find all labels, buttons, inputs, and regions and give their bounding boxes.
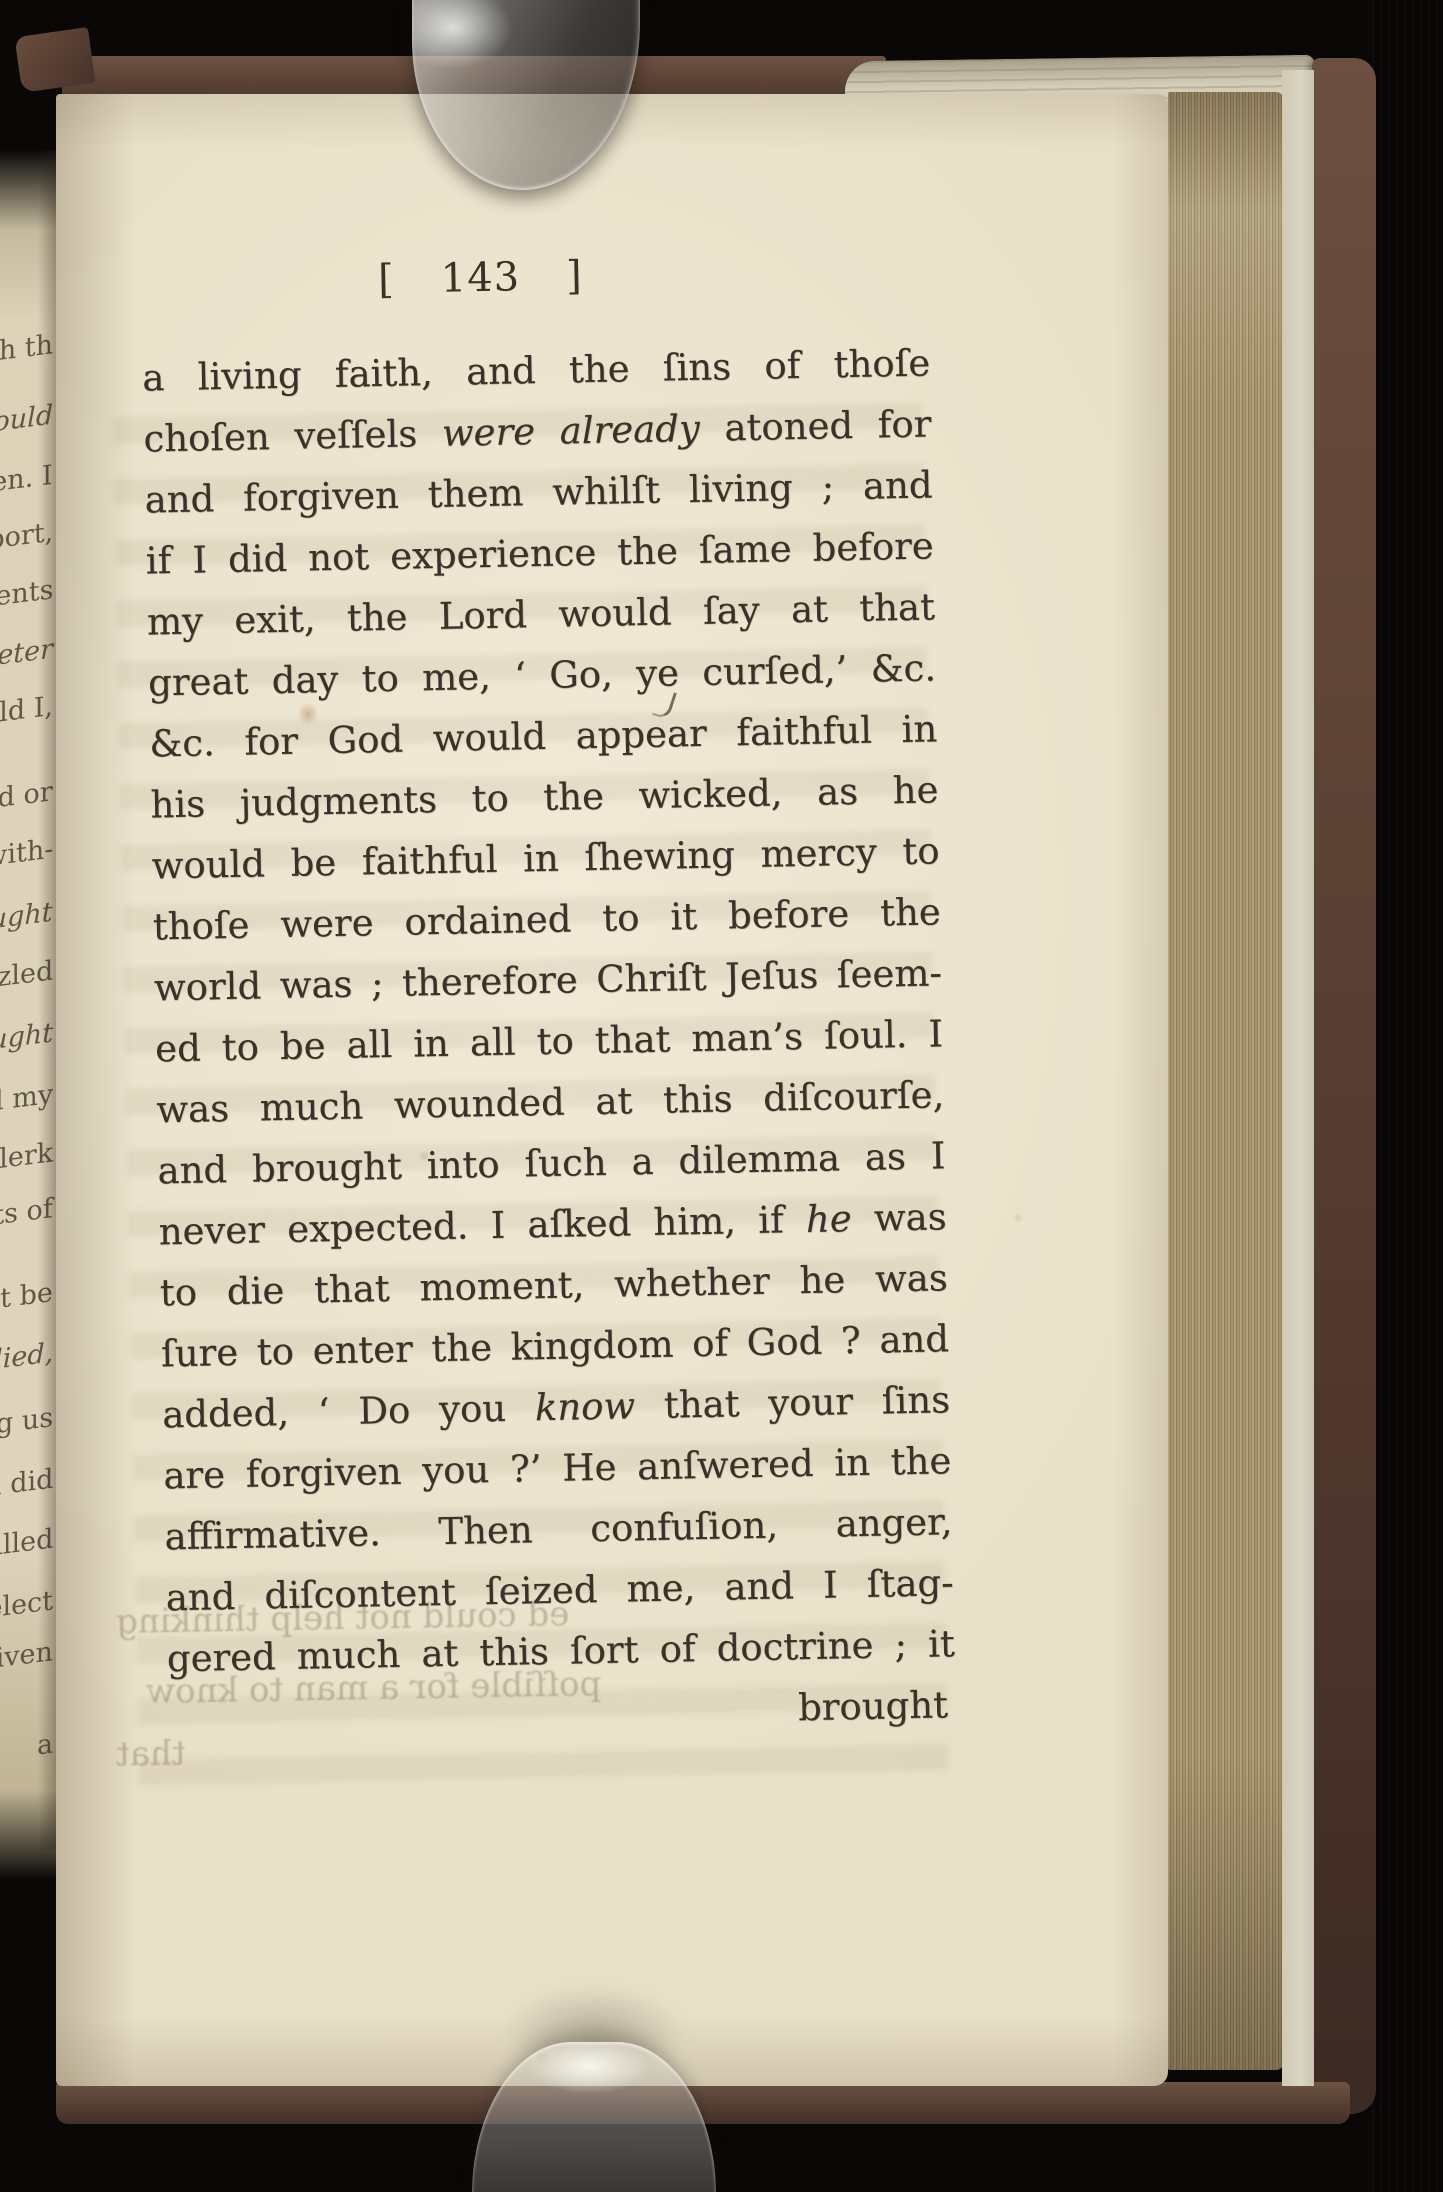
bracket-open: [ xyxy=(378,257,395,303)
catchword: brought xyxy=(798,1683,949,1729)
page-number-header: [143] xyxy=(86,247,875,308)
page-number: 143 xyxy=(440,254,520,302)
bracket-close: ] xyxy=(566,253,583,299)
endpaper-strip xyxy=(1282,70,1314,2086)
leather-cover-right-edge xyxy=(1312,58,1376,2114)
background-cloth xyxy=(1371,0,1443,2192)
printed-text-block: [143] a living faith, and the ſins of th… xyxy=(140,246,956,1750)
book-page: ed could not help thinkingpoſſible for a… xyxy=(56,94,1168,2086)
book-photograph: rough th, I couldeaven. Ihis report,andm… xyxy=(0,0,1443,2192)
leather-cover-bottom-edge xyxy=(56,2082,1350,2124)
fore-edge-page-block xyxy=(1168,92,1284,2070)
text-lines: a living faith, and the ſins of thoſecho… xyxy=(142,332,956,1689)
